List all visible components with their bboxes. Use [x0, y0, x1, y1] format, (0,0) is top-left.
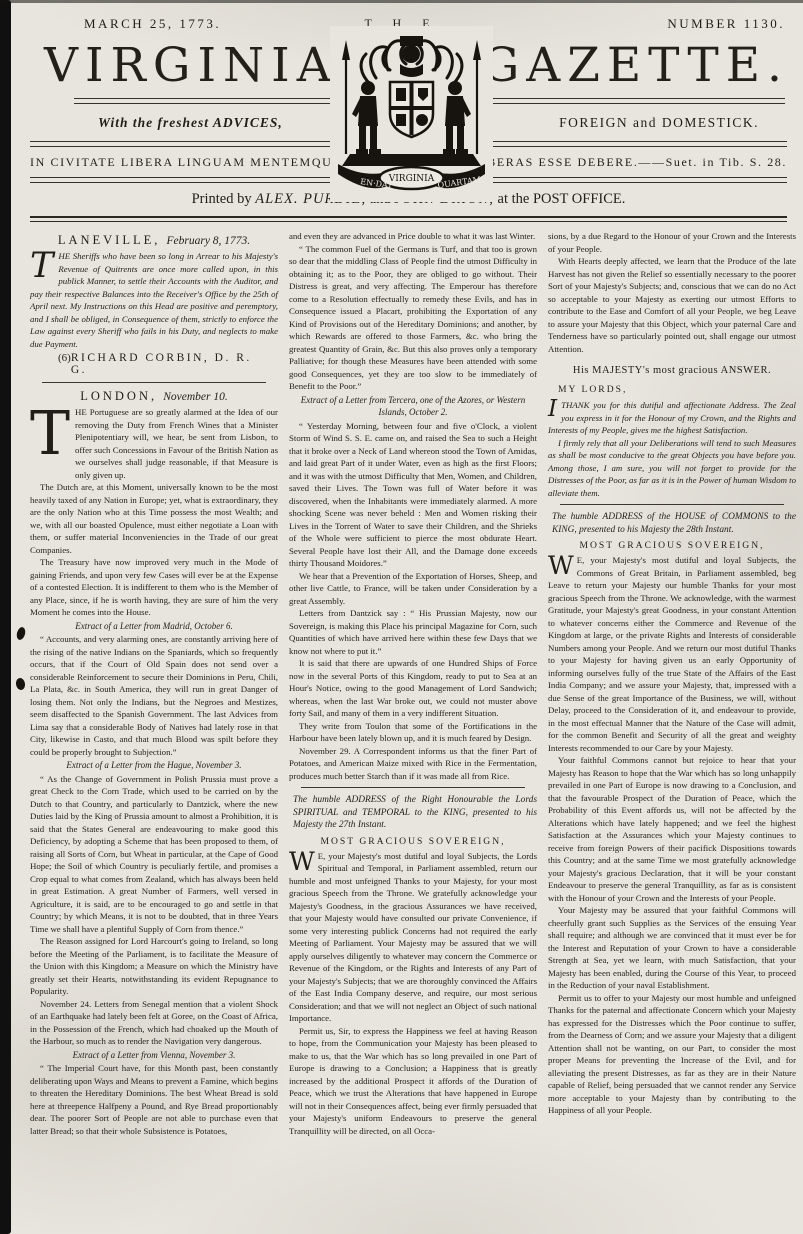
drop-cap-letter: I: [548, 399, 561, 420]
article-paragraph: The Reason assigned for Lord Harcourt's …: [30, 935, 278, 998]
article-paragraph: and even they are advanced in Price doub…: [289, 230, 537, 243]
article-paragraph: “ Accounts, and very alarming ones, are …: [30, 633, 278, 758]
tagline-foreign-domestick: FOREIGN and DOMESTICK.: [559, 115, 759, 131]
address-heading: The humble ADDRESS of the HOUSE of COMMO…: [548, 511, 796, 536]
article-paragraph: November 29. A Correspondent informs us …: [289, 745, 537, 783]
signature-name: RICHARD CORBIN, D. R. G.: [71, 352, 264, 376]
dateline-place: LANEVILLE,: [58, 233, 167, 247]
article-columns: LANEVILLE, February 8, 1773.THE Sheriffs…: [0, 222, 803, 1137]
column-rule: [42, 382, 266, 383]
title-virginia: VIRGINIA: [44, 40, 338, 92]
dateline-place: LONDON,: [80, 389, 163, 403]
salutation-heading: MOST GRACIOUS SOVEREIGN,: [548, 540, 796, 551]
thick-rule: [30, 216, 787, 222]
column-rule: [301, 787, 525, 788]
dateline-date: November 10.: [163, 391, 228, 403]
article-paragraph: THE Portuguese are so greatly alarmed at…: [30, 406, 278, 481]
article-paragraph: Your Majesty may be assured that your fa…: [548, 904, 796, 992]
imprint-printed-by: Printed by: [192, 191, 256, 207]
article-paragraph: ITHANK you for this dutiful and affectio…: [548, 399, 796, 437]
motto-latin-right: LIBERAS ESSE DEBERE.——Suet. in Tib. S. 2…: [473, 155, 787, 170]
article-paragraph: With Hearts deeply affected, we learn th…: [548, 255, 796, 355]
article-paragraph: The Dutch are, at this Moment, universal…: [30, 481, 278, 556]
article-paragraph-italic: I firmly rely that all your Deliberation…: [548, 437, 796, 500]
article-paragraph: November 24. Letters from Senegal mentio…: [30, 998, 278, 1048]
extract-heading: Extract of a Letter from Madrid, October…: [30, 620, 278, 633]
title-gazette: GAZETTE.: [482, 40, 789, 92]
signature-line: (6)RICHARD CORBIN, D. R. G.: [30, 350, 278, 377]
article-paragraph: Letters from Dantzick say : “ His Prussi…: [289, 607, 537, 657]
tagline-advices: With the freshest ADVICES,: [98, 115, 283, 131]
extract-heading: Extract of a Letter from Tercera, one of…: [289, 394, 537, 419]
column-left: LANEVILLE, February 8, 1773.THE Sheriffs…: [30, 230, 278, 1137]
article-paragraph: THE Sheriffs who have been so long in Ar…: [30, 250, 278, 350]
article-paragraph: Permit us, Sir, to express the Happiness…: [289, 1025, 537, 1138]
article-paragraph: WE, your Majesty's most dutiful and loya…: [289, 850, 537, 1025]
crest-motto-center: VIRGINIA: [388, 174, 435, 184]
address-heading: The humble ADDRESS of the Right Honourab…: [289, 794, 537, 832]
masthead: T H E MARCH 25, 1773. NUMBER 1130. VIRGI…: [0, 0, 803, 222]
section-dateline: LANEVILLE, February 8, 1773.: [30, 233, 278, 248]
extract-heading: Extract of a Letter from the Hague, Nove…: [30, 759, 278, 772]
article-paragraph: The Treasury have now improved very much…: [30, 556, 278, 619]
article-paragraph: WE, your Majesty's most dutiful and loya…: [548, 554, 796, 754]
newspaper-page: T H E MARCH 25, 1773. NUMBER 1130. VIRGI…: [0, 0, 803, 1234]
drop-cap-letter: W: [289, 850, 318, 873]
article-paragraph: Permit us to offer to your Majesty our m…: [548, 992, 796, 1117]
article-paragraph: Your faithful Commons cannot but rejoice…: [548, 754, 796, 904]
salutation-my-lords: MY LORDS,: [558, 384, 796, 395]
article-paragraph: We hear that a Prevention of the Exporta…: [289, 570, 537, 608]
column-rule: [560, 504, 784, 505]
crest-illustration: EN·DAT VIRGINIA QUARTAM: [330, 26, 493, 202]
article-paragraph: sions, by a due Regard to the Honour of …: [548, 230, 796, 255]
coat-of-arms: EN·DAT VIRGINIA QUARTAM: [330, 26, 493, 202]
article-paragraph: “ The Imperial Court have, for this Mont…: [30, 1062, 278, 1137]
imprint-post-office: at the POST OFFICE.: [494, 191, 625, 207]
drop-cap-letter: T: [30, 406, 75, 473]
drop-cap-letter: T: [30, 250, 58, 284]
extract-heading: Extract of a Letter from Vienna, Novembe…: [30, 1049, 278, 1062]
article-paragraph: “ As the Change of Government in Polish …: [30, 773, 278, 936]
salutation-heading: MOST GRACIOUS SOVEREIGN,: [289, 836, 537, 847]
drop-cap-letter: W: [548, 554, 577, 577]
article-paragraph: “ The common Fuel of the Germans is Turf…: [289, 243, 537, 393]
article-paragraph: They write from Toulon that some of the …: [289, 720, 537, 745]
article-paragraph: It is said that there are upwards of one…: [289, 657, 537, 720]
motto-latin-left: IN CIVITATE LIBERA LINGUAM MENTEMQUE: [30, 155, 341, 170]
article-paragraph: “ Yesterday Morning, between four and fi…: [289, 420, 537, 570]
column-middle: and even they are advanced in Price doub…: [289, 230, 537, 1137]
signature-number: (6): [58, 352, 71, 376]
dateline-date: February 8, 1773.: [166, 235, 250, 247]
column-right: sions, by a due Regard to the Honour of …: [548, 230, 796, 1137]
answer-heading: His MAJESTY's most gracious ANSWER.: [548, 365, 796, 376]
